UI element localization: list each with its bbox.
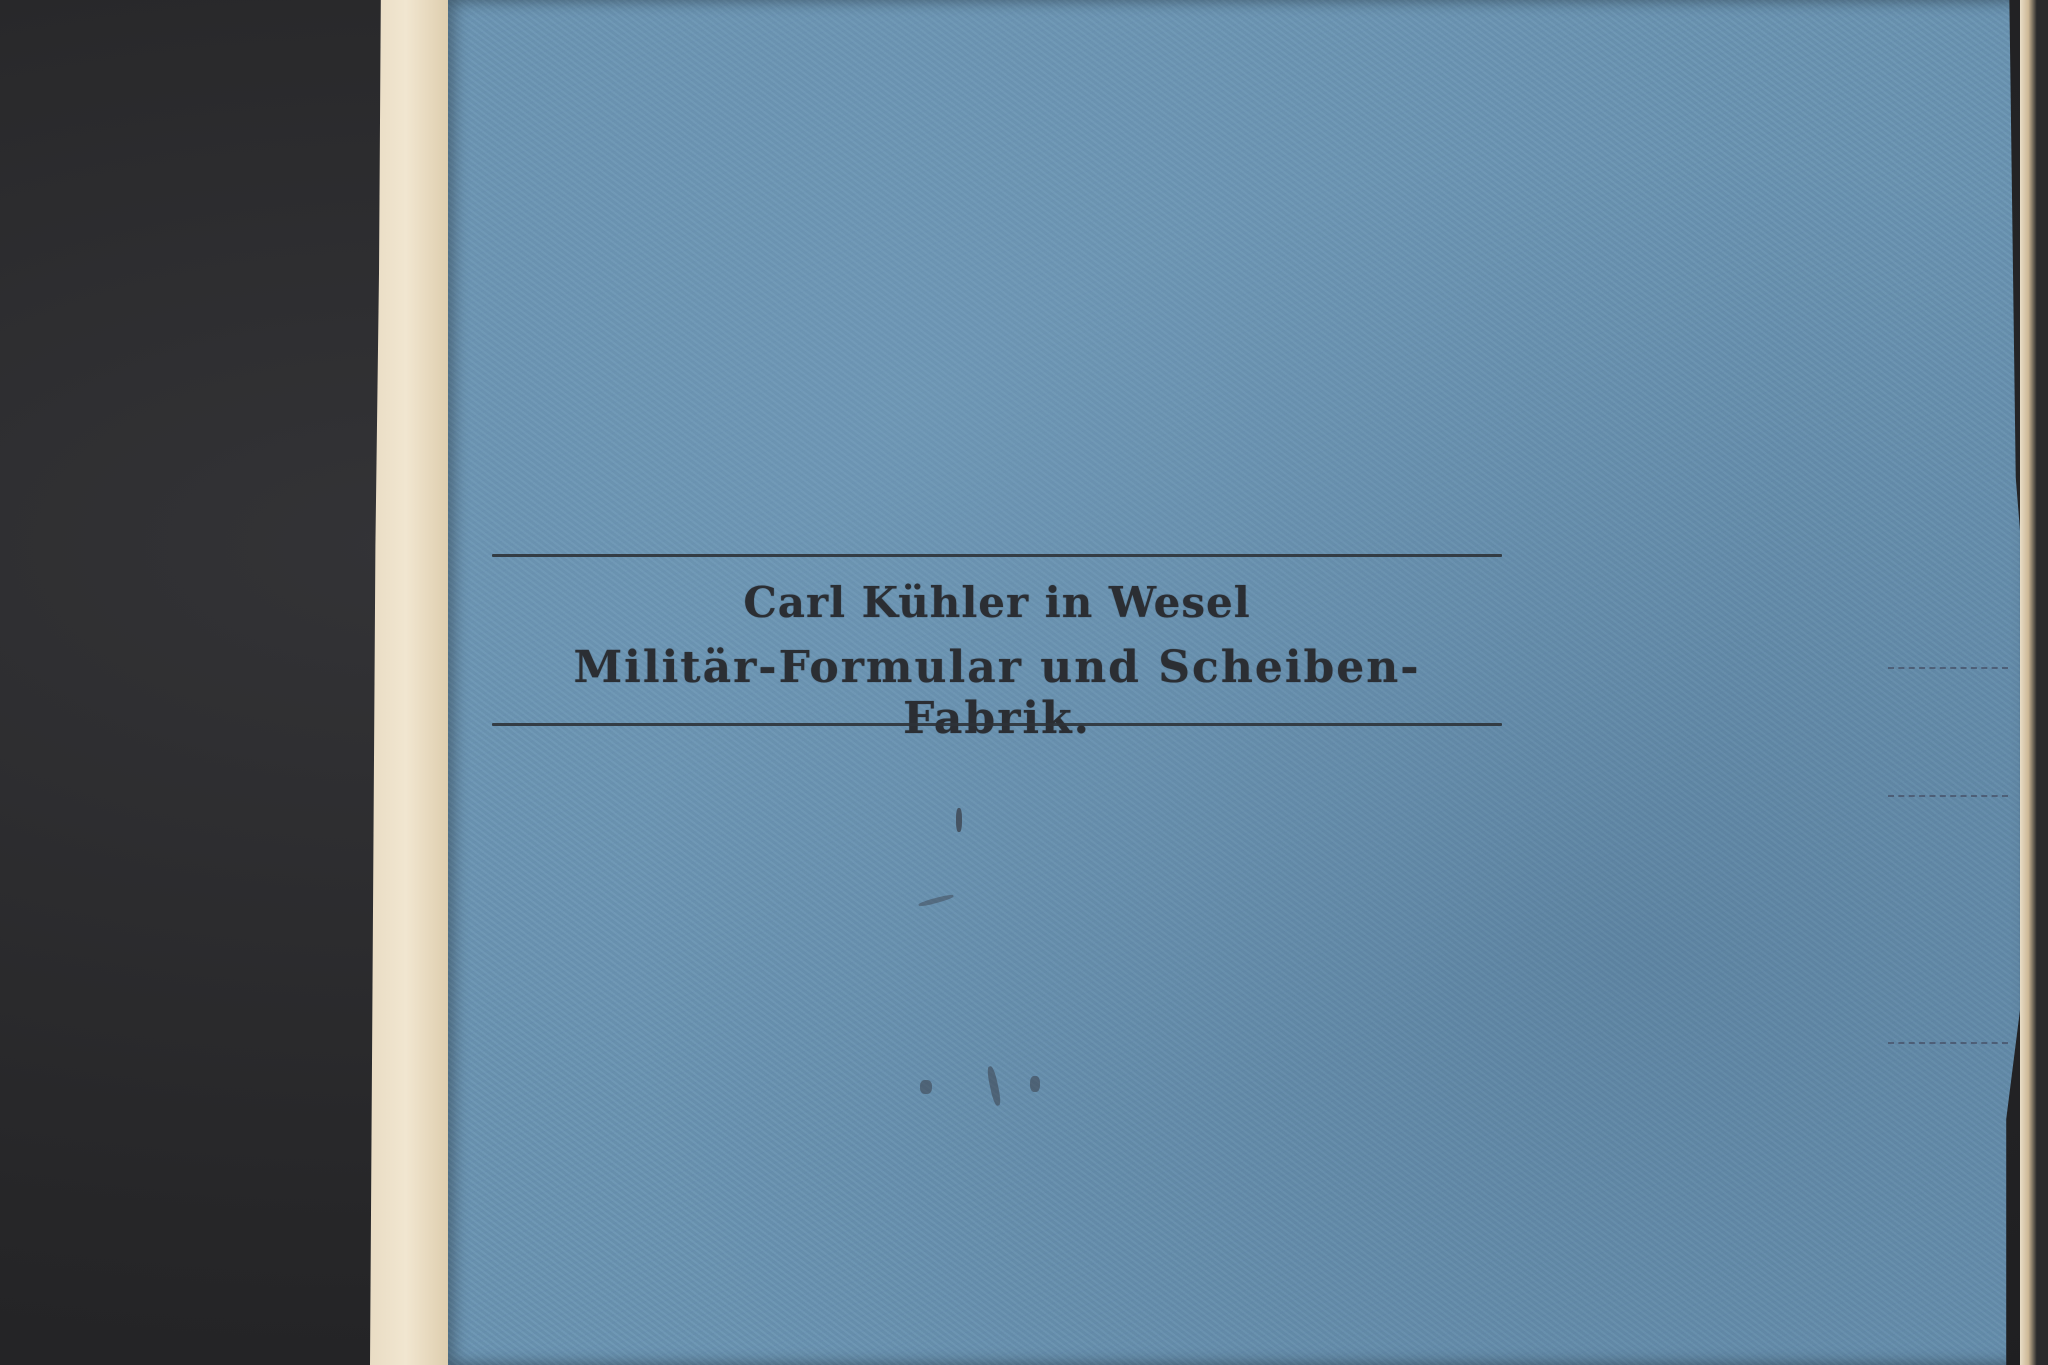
ink-mark — [1030, 1076, 1040, 1092]
top-rule — [492, 554, 1502, 557]
pencil-mark — [956, 808, 962, 832]
inner-page-edge — [370, 0, 460, 1365]
bottom-rule — [492, 723, 1502, 726]
imprint-line-1: Carl Kühler in Wesel — [492, 578, 1502, 627]
dashed-line — [1888, 667, 2008, 669]
imprint-line-2: Militär-Formular und Scheiben-Fabrik. — [492, 642, 1502, 744]
dashed-line — [1888, 795, 2008, 797]
printer-imprint: Carl Kühler in Wesel Militär-Formular un… — [492, 554, 1502, 726]
ink-mark — [920, 1080, 932, 1094]
dashed-line — [1888, 1042, 2008, 1044]
back-page-edge — [2020, 0, 2048, 1365]
